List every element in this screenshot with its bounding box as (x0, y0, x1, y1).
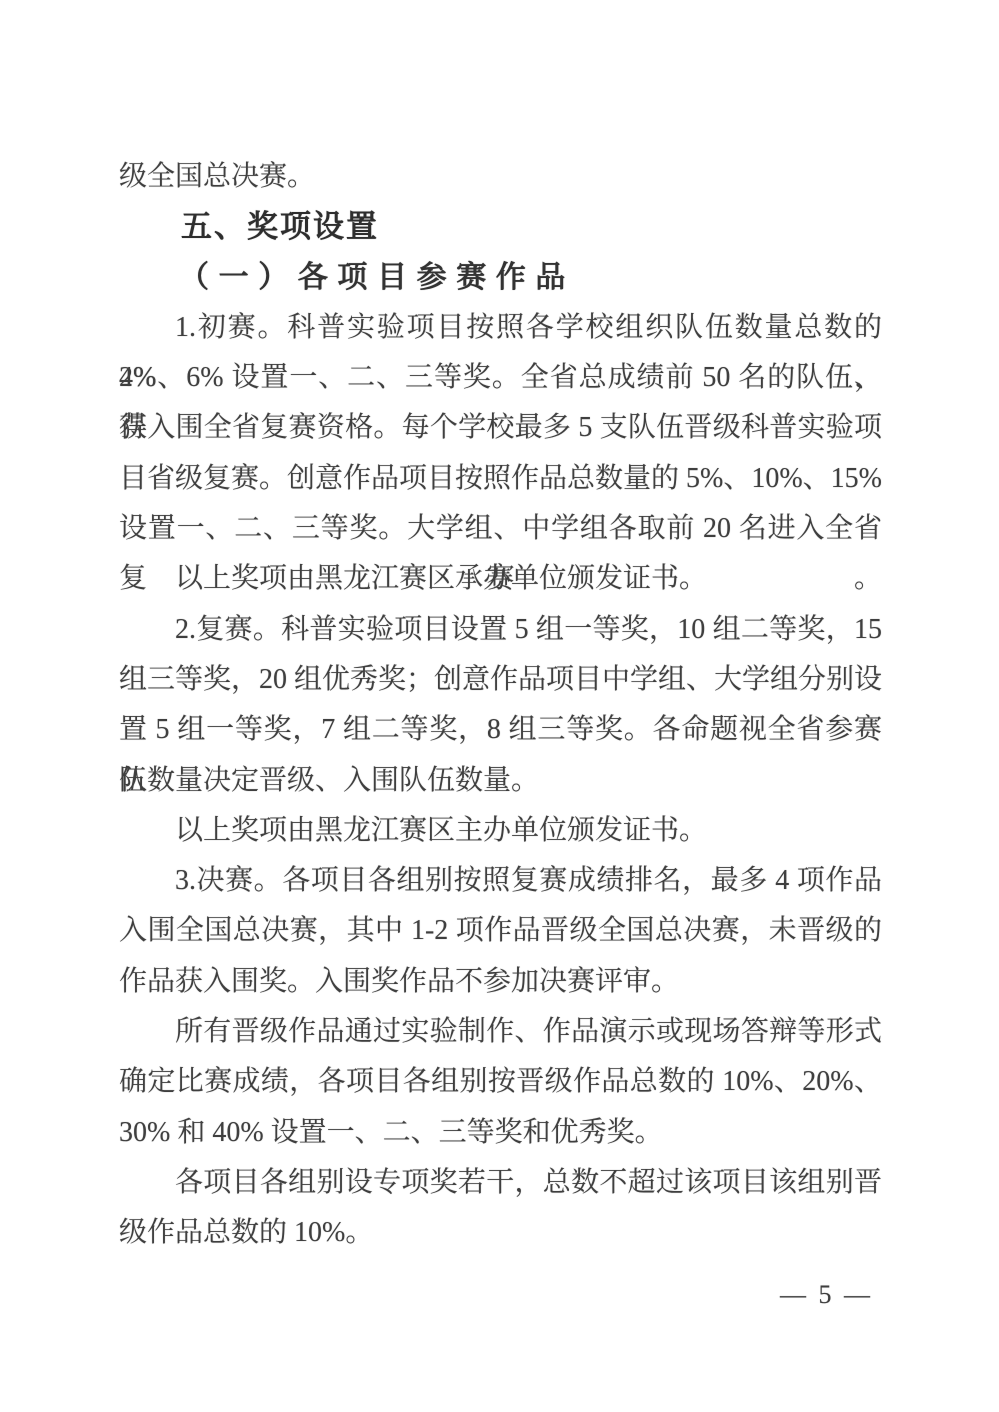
text-line: 30% 和 40% 设置一、二、三等奖和优秀奖。 (119, 1108, 882, 1158)
page-number: — 5 — (780, 1280, 873, 1310)
text-line: 所有晋级作品通过实验制作、作品演示或现场答辩等形式 (119, 1007, 882, 1057)
text-line: 置 5 组一等奖，7 组二等奖，8 组三等奖。各命题视全省参赛队 (119, 705, 882, 755)
text-line: 目省级复赛。创意作品项目按照作品总数量的 5%、10%、15% (119, 454, 882, 504)
document-page: 级全国总决赛。五、奖项设置（一）各项目参赛作品1.初赛。科普实验项目按照各学校组… (0, 0, 999, 1412)
text-line: 入围全国总决赛，其中 1-2 项作品晋级全国总决赛，未晋级的 (119, 906, 882, 956)
text-line: 以上奖项由黑龙江赛区主办单位颁发证书。 (119, 806, 882, 856)
text-line: 设置一、二、三等奖。大学组、中学组各取前 20 名进入全省复赛。 (119, 504, 882, 554)
text-line: 作品获入围奖。入围奖作品不参加决赛评审。 (119, 957, 882, 1007)
section-heading: 五、奖项设置 (119, 202, 882, 252)
text-line: 确定比赛成绩，各项目各组别按晋级作品总数的 10%、20%、 (119, 1057, 882, 1107)
text-line: 得入围全省复赛资格。每个学校最多 5 支队伍晋级科普实验项 (119, 403, 882, 453)
text-line: 各项目各组别设专项奖若干，总数不超过该项目该组别晋 (119, 1158, 882, 1208)
text-line: 组三等奖，20 组优秀奖；创意作品项目中学组、大学组分别设 (119, 655, 882, 705)
document-text-column: 级全国总决赛。五、奖项设置（一）各项目参赛作品1.初赛。科普实验项目按照各学校组… (119, 152, 882, 1259)
text-line: 3.决赛。各项目各组别按照复赛成绩排名，最多 4 项作品 (119, 856, 882, 906)
text-line: 4%、6% 设置一、二、三等奖。全省总成绩前 50 名的队伍，获 (119, 353, 882, 403)
subsection-heading: （一）各项目参赛作品 (119, 253, 882, 303)
text-line: 伍数量决定晋级、入围队伍数量。 (119, 756, 882, 806)
text-line: 级全国总决赛。 (119, 152, 882, 202)
text-line: 1.初赛。科普实验项目按照各学校组织队伍数量总数的 2%、 (119, 303, 882, 353)
text-line: 级作品总数的 10%。 (119, 1208, 882, 1258)
text-line: 2.复赛。科普实验项目设置 5 组一等奖，10 组二等奖，15 (119, 605, 882, 655)
